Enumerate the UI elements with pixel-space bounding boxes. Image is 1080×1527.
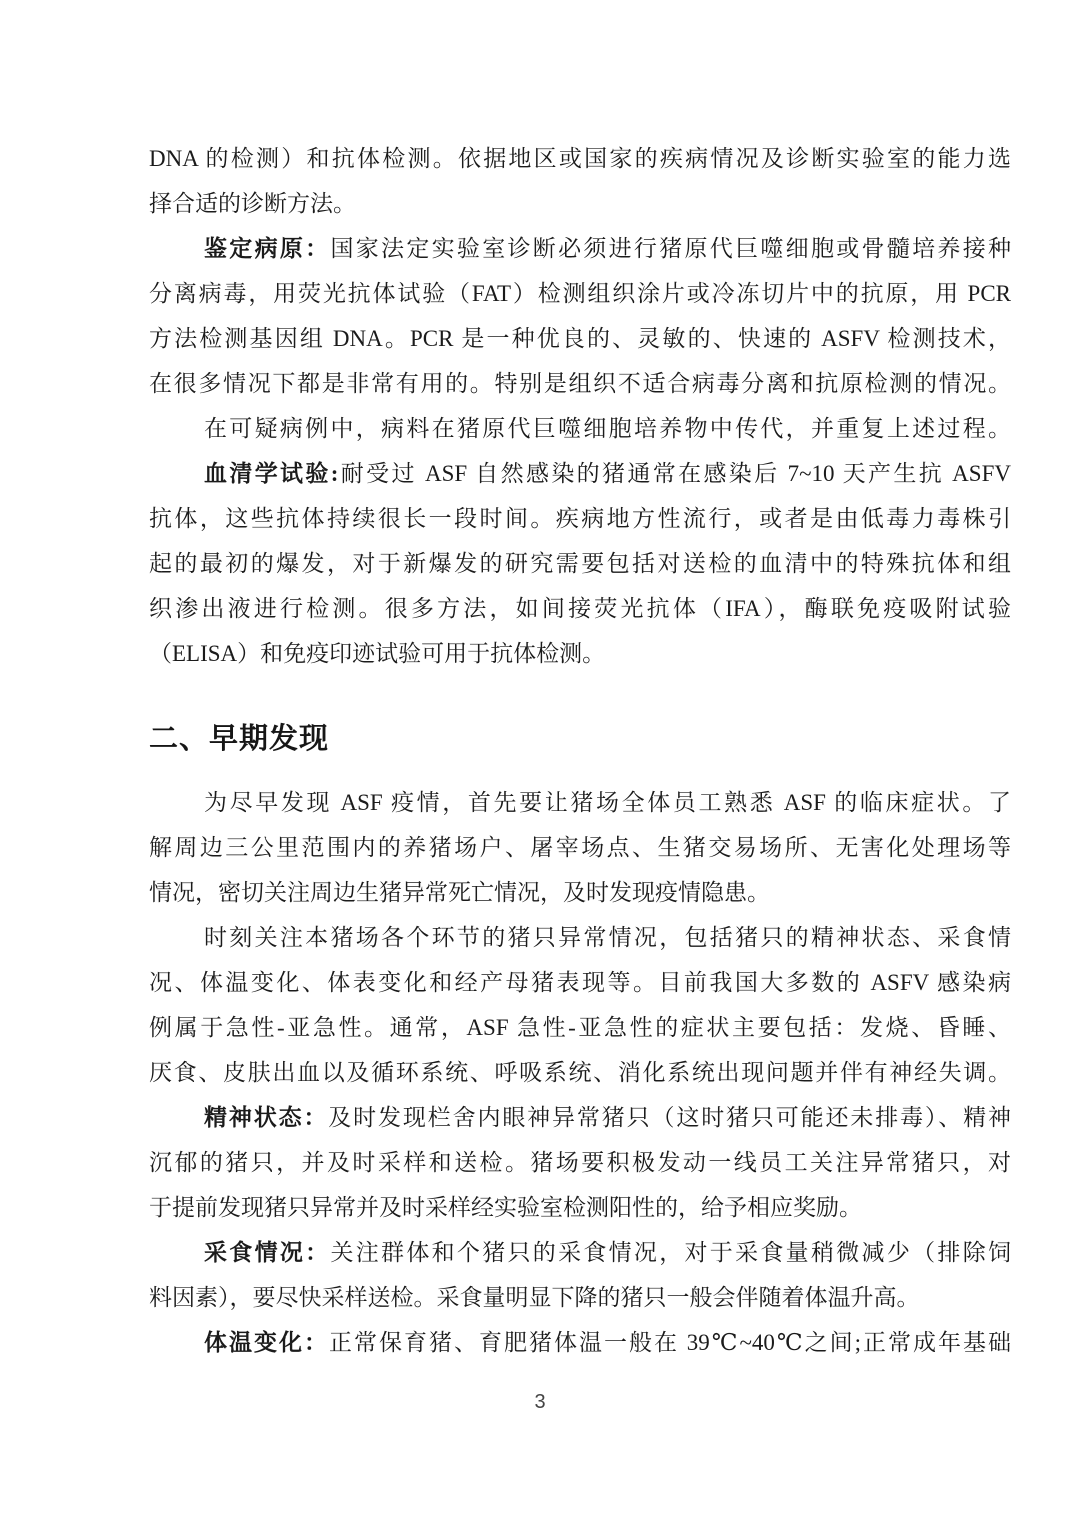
paragraph: DNA 的检测）和抗体检测。依据地区或国家的疾病情况及诊断实验室的能力选 择合适… <box>149 136 1011 226</box>
text-line: 在可疑病例中，病料在猪原代巨噬细胞培养物中传代，并重复上述过程。 <box>149 406 1011 451</box>
page-number: 3 <box>0 1387 1080 1417</box>
paragraph-lead: 血清学试验: <box>204 461 338 486</box>
line-text: 耐受过 ASF 自然感染的猪通常在感染后 7~10 天产生抗 ASFV <box>338 461 1011 486</box>
text-line: 分离病毒，用荧光抗体试验（FAT）检测组织涂片或冷冻切片中的抗原，用 PCR <box>149 271 1011 316</box>
text-line: 厌食、皮肤出血以及循环系统、呼吸系统、消化系统出现问题并伴有神经失调。 <box>149 1050 1011 1095</box>
text-line: 择合适的诊断方法。 <box>149 181 1011 226</box>
text-line: 精神状态：及时发现栏舍内眼神异常猪只（这时猪只可能还未排毒）、精神 <box>149 1095 1011 1140</box>
text-line: 抗体，这些抗体持续很长一段时间。疾病地方性流行，或者是由低毒力毒株引 <box>149 496 1011 541</box>
text-line: 方法检测基因组 DNA。PCR 是一种优良的、灵敏的、快速的 ASFV 检测技术… <box>149 316 1011 361</box>
text-line: 沉郁的猪只，并及时采样和送检。猪场要积极发动一线员工关注异常猪只，对 <box>149 1140 1011 1185</box>
paragraph: 为尽早发现 ASF 疫情，首先要让猪场全体员工熟悉 ASF 的临床症状。了 解周… <box>149 780 1011 915</box>
text-line: 血清学试验:耐受过 ASF 自然感染的猪通常在感染后 7~10 天产生抗 ASF… <box>149 451 1011 496</box>
paragraph-lead: 精神状态： <box>204 1105 328 1130</box>
text-line: 织渗出液进行检测。很多方法，如间接荧光抗体（IFA），酶联免疫吸附试验 <box>149 586 1011 631</box>
text-line: DNA 的检测）和抗体检测。依据地区或国家的疾病情况及诊断实验室的能力选 <box>149 136 1011 181</box>
text-line: 起的最初的爆发，对于新爆发的研究需要包括对送检的血清中的特殊抗体和组 <box>149 541 1011 586</box>
paragraph: 体温变化：正常保育猪、育肥猪体温一般在 39℃~40℃之间;正常成年基础 <box>149 1320 1011 1365</box>
paragraph-lead: 鉴定病原： <box>204 236 330 261</box>
text-line: 采食情况：关注群体和个猪只的采食情况，对于采食量稍微减少（排除饲 <box>149 1230 1011 1275</box>
document-page: DNA 的检测）和抗体检测。依据地区或国家的疾病情况及诊断实验室的能力选 择合适… <box>0 0 1080 1527</box>
line-text: 国家法定实验室诊断必须进行猪原代巨噬细胞或骨髓培养接种 <box>330 236 1011 261</box>
text-line: 况、体温变化、体表变化和经产母猪表现等。目前我国大多数的 ASFV 感染病 <box>149 960 1011 1005</box>
line-text: 及时发现栏舍内眼神异常猪只（这时猪只可能还未排毒）、精神 <box>328 1105 1011 1130</box>
text-line: 解周边三公里范围内的养猪场户、屠宰场点、生猪交易场所、无害化处理场等 <box>149 825 1011 870</box>
paragraph: 鉴定病原：国家法定实验室诊断必须进行猪原代巨噬细胞或骨髓培养接种 分离病毒，用荧… <box>149 226 1011 406</box>
text-line: 体温变化：正常保育猪、育肥猪体温一般在 39℃~40℃之间;正常成年基础 <box>149 1320 1011 1365</box>
text-line: 时刻关注本猪场各个环节的猪只异常情况，包括猪只的精神状态、采食情 <box>149 915 1011 960</box>
text-line: 情况，密切关注周边生猪异常死亡情况，及时发现疫情隐患。 <box>149 870 1011 915</box>
paragraph-lead: 采食情况： <box>204 1240 330 1265</box>
text-column: DNA 的检测）和抗体检测。依据地区或国家的疾病情况及诊断实验室的能力选 择合适… <box>149 0 1011 1365</box>
text-line: （ELISA）和免疫印迹试验可用于抗体检测。 <box>149 631 1011 676</box>
paragraph: 时刻关注本猪场各个环节的猪只异常情况，包括猪只的精神状态、采食情 况、体温变化、… <box>149 915 1011 1095</box>
text-line: 例属于急性-亚急性。通常，ASF 急性-亚急性的症状主要包括：发烧、昏睡、 <box>149 1005 1011 1050</box>
line-text: 关注群体和个猪只的采食情况，对于采食量稍微减少（排除饲 <box>330 1240 1011 1265</box>
line-text: 正常保育猪、育肥猪体温一般在 39℃~40℃之间;正常成年基础 <box>329 1330 1011 1355</box>
paragraph: 血清学试验:耐受过 ASF 自然感染的猪通常在感染后 7~10 天产生抗 ASF… <box>149 451 1011 676</box>
section-heading: 二、早期发现 <box>149 717 1011 762</box>
text-line: 于提前发现猪只异常并及时采样经实验室检测阳性的，给予相应奖励。 <box>149 1185 1011 1230</box>
text-line: 料因素），要尽快采样送检。采食量明显下降的猪只一般会伴随着体温升高。 <box>149 1275 1011 1320</box>
text-line: 为尽早发现 ASF 疫情，首先要让猪场全体员工熟悉 ASF 的临床症状。了 <box>149 780 1011 825</box>
paragraph-lead: 体温变化： <box>204 1330 329 1355</box>
text-line: 在很多情况下都是非常有用的。特别是组织不适合病毒分离和抗原检测的情况。 <box>149 361 1011 406</box>
paragraph: 在可疑病例中，病料在猪原代巨噬细胞培养物中传代，并重复上述过程。 <box>149 406 1011 451</box>
paragraph: 精神状态：及时发现栏舍内眼神异常猪只（这时猪只可能还未排毒）、精神 沉郁的猪只，… <box>149 1095 1011 1230</box>
text-line: 鉴定病原：国家法定实验室诊断必须进行猪原代巨噬细胞或骨髓培养接种 <box>149 226 1011 271</box>
paragraph: 采食情况：关注群体和个猪只的采食情况，对于采食量稍微减少（排除饲 料因素），要尽… <box>149 1230 1011 1320</box>
